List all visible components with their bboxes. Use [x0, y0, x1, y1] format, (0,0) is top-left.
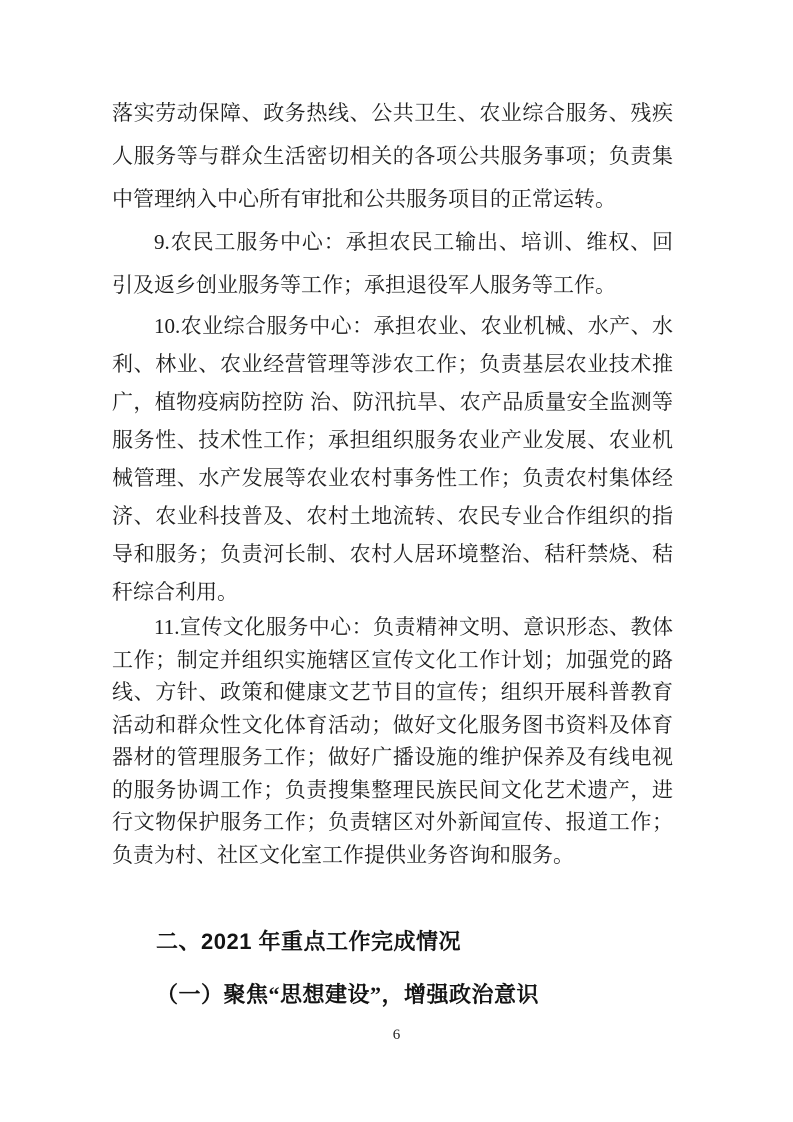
document-content: 落实劳动保障、政务热线、公共卫生、农业综合服务、残疾人服务等与群众生活密切相关的… [112, 92, 673, 1012]
document-page: 落实劳动保障、政务热线、公共卫生、农业综合服务、残疾人服务等与群众生活密切相关的… [0, 0, 793, 1122]
paragraph-item-10-agriculture-service-center: 10.农业综合服务中心：承担农业、农业机械、水产、水利、林业、农业经营管理等涉农… [112, 307, 673, 611]
page-number: 6 [0, 1026, 793, 1044]
paragraph-item-11-culture-service-center: 11.宣传文化服务中心：负责精神文明、意识形态、教体工作；制定并组织实施辖区宣传… [112, 611, 673, 871]
subsection-heading-ideology-building: （一）聚焦“思想建设”，增强政治意识 [112, 978, 673, 1012]
paragraph-public-service-items-continued: 落实劳动保障、政务热线、公共卫生、农业综合服务、残疾人服务等与群众生活密切相关的… [112, 92, 673, 221]
section-heading-2021-key-work: 二、2021 年重点工作完成情况 [112, 925, 673, 959]
paragraph-item-9-migrant-worker-service-center: 9.农民工服务中心：承担农民工输出、培训、维权、回引及返乡创业服务等工作；承担退… [112, 221, 673, 307]
